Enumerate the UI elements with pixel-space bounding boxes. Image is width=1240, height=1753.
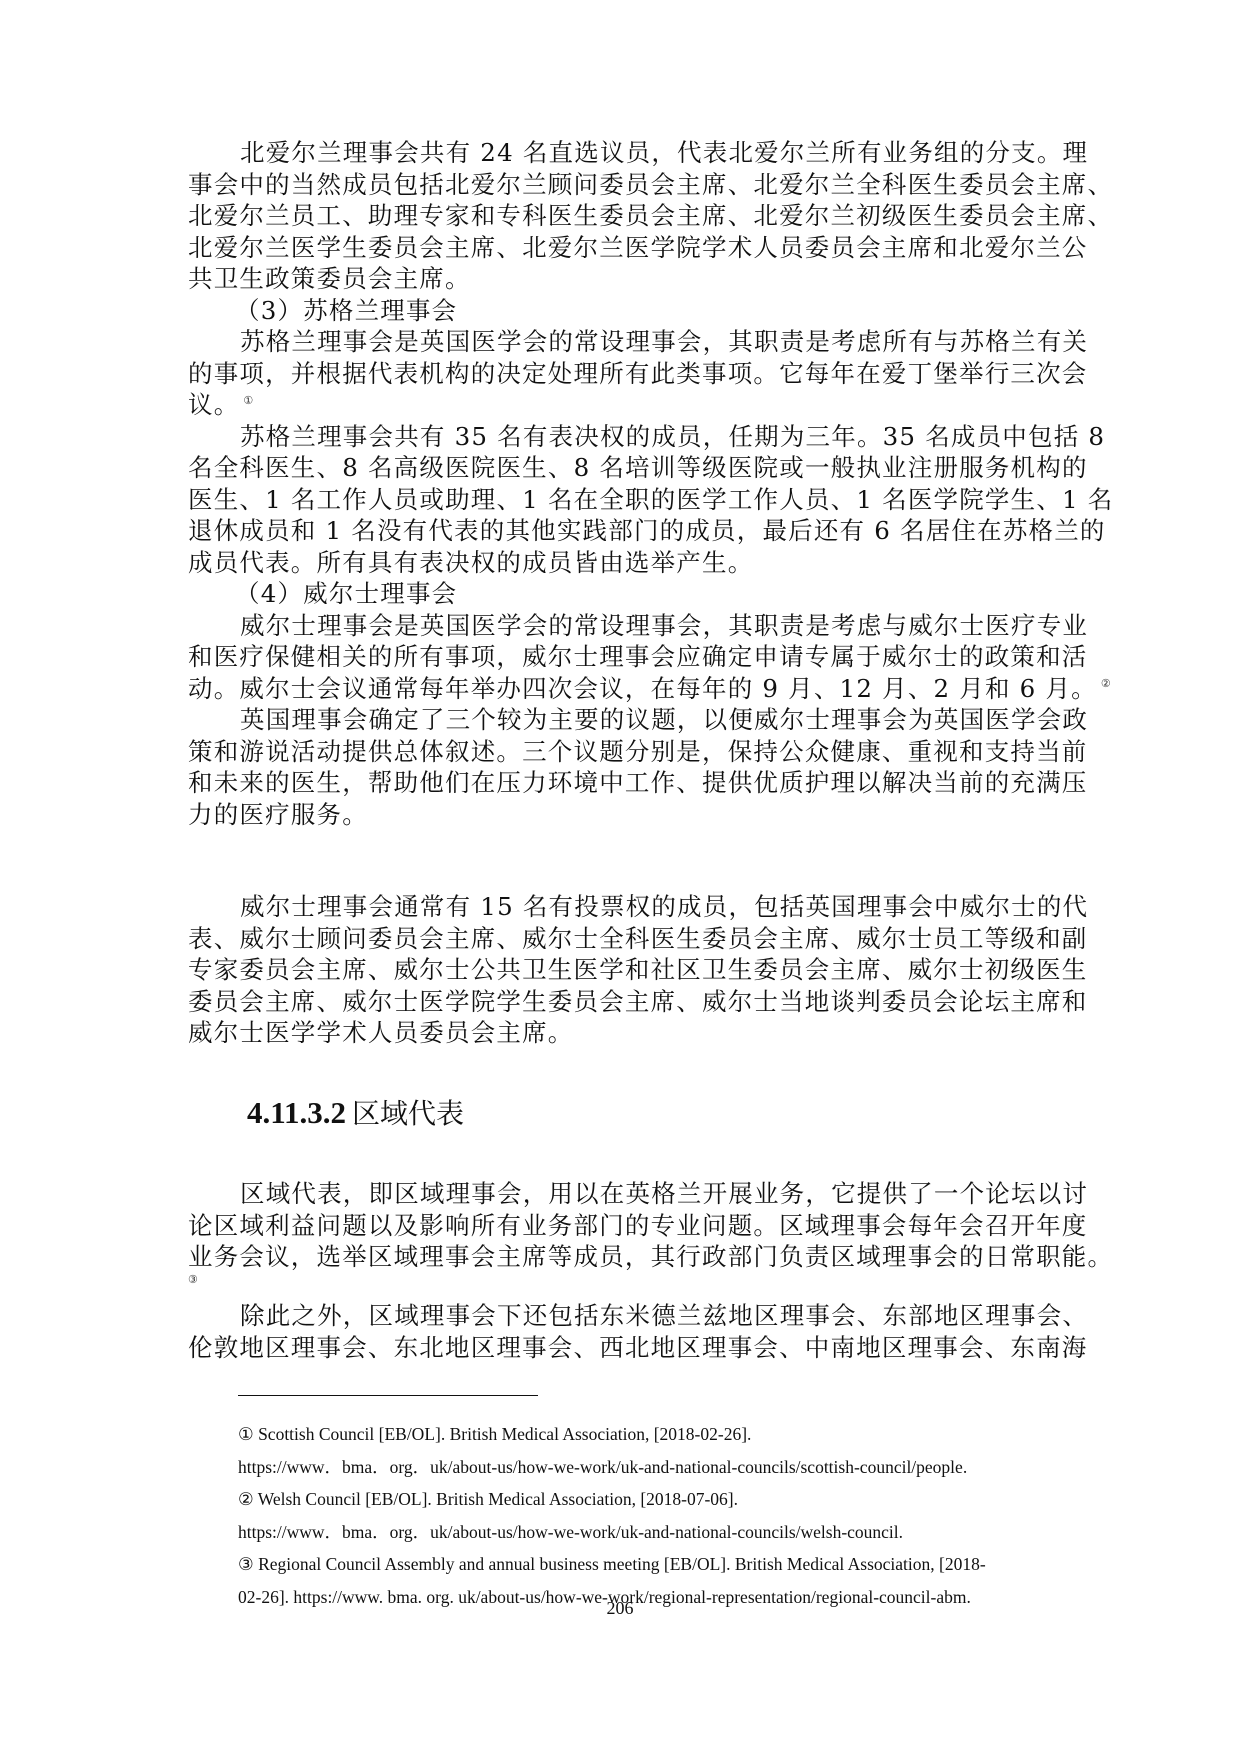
paragraph-regional-councils: 除此之外，区域理事会下还包括东米德兰兹地区理事会、东部地区理事会、 伦敦地区理事… — [188, 1300, 1056, 1363]
text-line: 退休成员和 1 名没有代表的其他实践部门的成员，最后还有 6 名居住在苏格兰的 — [188, 515, 1056, 547]
section-number: 4.11.3.2 — [247, 1095, 346, 1130]
page-number: 206 — [0, 1598, 1240, 1619]
text-line: 北爱尔兰员工、助理专家和专科医生委员会主席、北爱尔兰初级医生委员会主席、 — [188, 200, 1056, 232]
text-line: ③ — [188, 1273, 1056, 1299]
footnote-2: ② Welsh Council [EB/OL]. British Medical… — [238, 1483, 1068, 1516]
subheading-scottish-council: （3）苏格兰理事会 — [188, 295, 1056, 327]
text-line: 区域代表，即区域理事会，用以在英格兰开展业务，它提供了一个论坛以讨 — [188, 1178, 1056, 1210]
footnote-separator — [238, 1395, 538, 1396]
text-line: 议。① — [188, 389, 1056, 421]
footnote-ref-2[interactable]: ② — [1097, 677, 1112, 690]
footnote-ref-3[interactable]: ③ — [188, 1273, 199, 1286]
subsection-scottish-council: （3）苏格兰理事会 苏格兰理事会是英国医学会的常设理事会，其职责是考虑所有与苏格… — [188, 295, 1056, 579]
text-fragment: 动。威尔士会议通常每年举办四次会议，在每年的 9 月、12 月、2 月和 6 月… — [188, 674, 1097, 703]
text-line: 英国理事会确定了三个较为主要的议题，以便威尔士理事会为英国医学会政 — [188, 704, 1056, 736]
text-line: 委员会主席、威尔士医学院学生委员会主席、威尔士当地谈判委员会论坛主席和 — [188, 986, 1056, 1018]
footnote-1: ① Scottish Council [EB/OL]. British Medi… — [238, 1418, 1068, 1451]
text-line: 威尔士理事会是英国医学会的常设理事会，其职责是考虑与威尔士医疗专业 — [188, 610, 1056, 642]
text-line: 业务会议，选举区域理事会主席等成员，其行政部门负责区域理事会的日常职能。 — [188, 1241, 1056, 1273]
text-line: 共卫生政策委员会主席。 — [188, 263, 1056, 295]
text-line: 伦敦地区理事会、东北地区理事会、西北地区理事会、中南地区理事会、东南海 — [188, 1332, 1056, 1364]
text-line: 医生、1 名工作人员或助理、1 名在全职的医学工作人员、1 名医学院学生、1 名 — [188, 484, 1056, 516]
text-line: 成员代表。所有具有表决权的成员皆由选举产生。 — [188, 547, 1056, 579]
footnote-ref-1[interactable]: ① — [239, 394, 254, 407]
footnotes: ① Scottish Council [EB/OL]. British Medi… — [238, 1418, 1068, 1613]
text-line: 除此之外，区域理事会下还包括东米德兰兹地区理事会、东部地区理事会、 — [188, 1300, 1056, 1332]
text-line: 苏格兰理事会是英国医学会的常设理事会，其职责是考虑所有与苏格兰有关 — [188, 326, 1056, 358]
footnote-2-url[interactable]: https://www．bma．org．uk/about-us/how-we-w… — [238, 1516, 1068, 1549]
text-line: 表、威尔士顾问委员会主席、威尔士全科医生委员会主席、威尔士员工等级和副 — [188, 923, 1056, 955]
document-page: 北爱尔兰理事会共有 24 名直选议员，代表北爱尔兰所有业务组的分支。理 事会中的… — [0, 0, 1240, 1753]
text-line: 的事项，并根据代表机构的决定处理所有此类事项。它每年在爱丁堡举行三次会 — [188, 358, 1056, 390]
paragraph-northern-ireland-council: 北爱尔兰理事会共有 24 名直选议员，代表北爱尔兰所有业务组的分支。理 事会中的… — [188, 137, 1056, 295]
text-line: 和未来的医生，帮助他们在压力环境中工作、提供优质护理以解决当前的充满压 — [188, 767, 1056, 799]
text-line: 北爱尔兰医学生委员会主席、北爱尔兰医学院学术人员委员会主席和北爱尔兰公 — [188, 232, 1056, 264]
paragraph-regional-representation: 区域代表，即区域理事会，用以在英格兰开展业务，它提供了一个论坛以讨 论区域利益问… — [188, 1178, 1056, 1299]
text-line: 专家委员会主席、威尔士公共卫生医学和社区卫生委员会主席、威尔士初级医生 — [188, 954, 1056, 986]
subsection-welsh-council: （4）威尔士理事会 威尔士理事会是英国医学会的常设理事会，其职责是考虑与威尔士医… — [188, 578, 1056, 830]
text-line: 苏格兰理事会共有 35 名有表决权的成员，任期为三年。35 名成员中包括 8 — [188, 421, 1056, 453]
footnote-1-url[interactable]: https://www．bma．org．uk/about-us/how-we-w… — [238, 1451, 1068, 1484]
section-heading: 4.11.3.2区域代表 — [247, 1092, 464, 1132]
text-line: 威尔士医学学术人员委员会主席。 — [188, 1017, 1056, 1049]
text-line: 事会中的当然成员包括北爱尔兰顾问委员会主席、北爱尔兰全科医生委员会主席、 — [188, 169, 1056, 201]
text-line: 论区域利益问题以及影响所有业务部门的专业问题。区域理事会每年会召开年度 — [188, 1210, 1056, 1242]
text-line: 北爱尔兰理事会共有 24 名直选议员，代表北爱尔兰所有业务组的分支。理 — [188, 137, 1056, 169]
section-title: 区域代表 — [352, 1097, 464, 1130]
text-line: 策和游说活动提供总体叙述。三个议题分别是，保持公众健康、重视和支持当前 — [188, 736, 1056, 768]
footnote-3: ③ Regional Council Assembly and annual b… — [238, 1548, 1068, 1581]
text-line: 力的医疗服务。 — [188, 799, 1056, 831]
text-line: 名全科医生、8 名高级医院医生、8 名培训等级医院或一般执业注册服务机构的 — [188, 452, 1056, 484]
text-fragment: 议。 — [188, 390, 239, 419]
subheading-welsh-council: （4）威尔士理事会 — [188, 578, 1056, 610]
text-line: 威尔士理事会通常有 15 名有投票权的成员，包括英国理事会中威尔士的代 — [188, 891, 1056, 923]
text-line: 和医疗保健相关的所有事项，威尔士理事会应确定申请专属于威尔士的政策和活 — [188, 641, 1056, 673]
text-line: 动。威尔士会议通常每年举办四次会议，在每年的 9 月、12 月、2 月和 6 月… — [188, 673, 1056, 705]
paragraph-welsh-council-members: 威尔士理事会通常有 15 名有投票权的成员，包括英国理事会中威尔士的代 表、威尔… — [188, 891, 1056, 1049]
